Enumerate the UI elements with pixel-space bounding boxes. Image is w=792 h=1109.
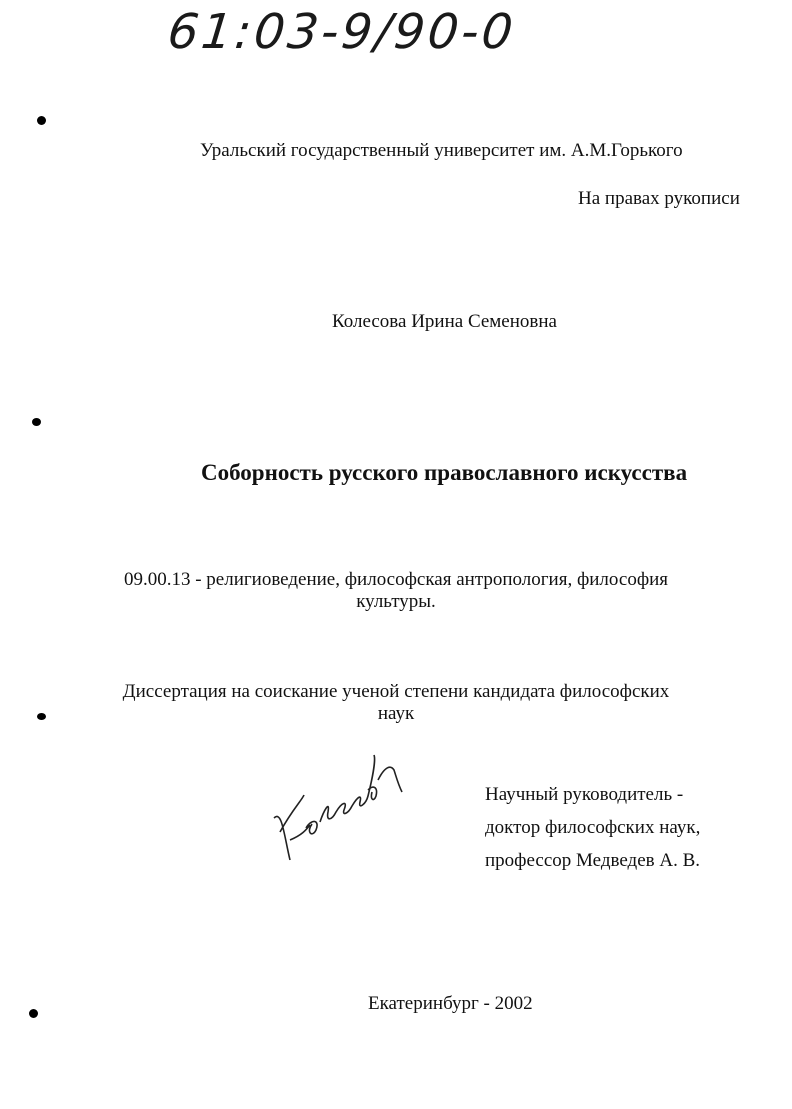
binding-hole-mark (37, 713, 46, 720)
dissertation-title: Соборность русского православного искусс… (201, 460, 687, 486)
signature-icon (262, 740, 412, 870)
degree-line-1: Диссертация на соискание ученой степени … (0, 681, 792, 703)
advisor-line-1: Научный руководитель - (485, 778, 700, 811)
advisor-line-3: профессор Медведев А. В. (485, 844, 700, 877)
scientific-advisor: Научный руководитель - доктор философски… (485, 778, 700, 877)
university-name: Уральский государственный университет им… (200, 140, 683, 162)
binding-hole-mark (37, 116, 46, 125)
manuscript-note: На правах рукописи (578, 188, 740, 210)
specialty-line-1: 09.00.13 - религиоведение, философская а… (0, 569, 792, 591)
archive-code-handwritten: 61:03-9/90-0 (165, 4, 518, 60)
city-year: Екатеринбург - 2002 (368, 993, 533, 1015)
binding-hole-mark (29, 1009, 38, 1018)
degree-line-2: наук (0, 703, 792, 725)
degree-statement: Диссертация на соискание ученой степени … (0, 681, 792, 725)
binding-hole-mark (32, 418, 41, 426)
author-name: Колесова Ирина Семеновна (332, 311, 557, 333)
advisor-line-2: доктор философских наук, (485, 811, 700, 844)
specialty-code: 09.00.13 - религиоведение, философская а… (0, 569, 792, 613)
specialty-line-2: культуры. (0, 591, 792, 613)
